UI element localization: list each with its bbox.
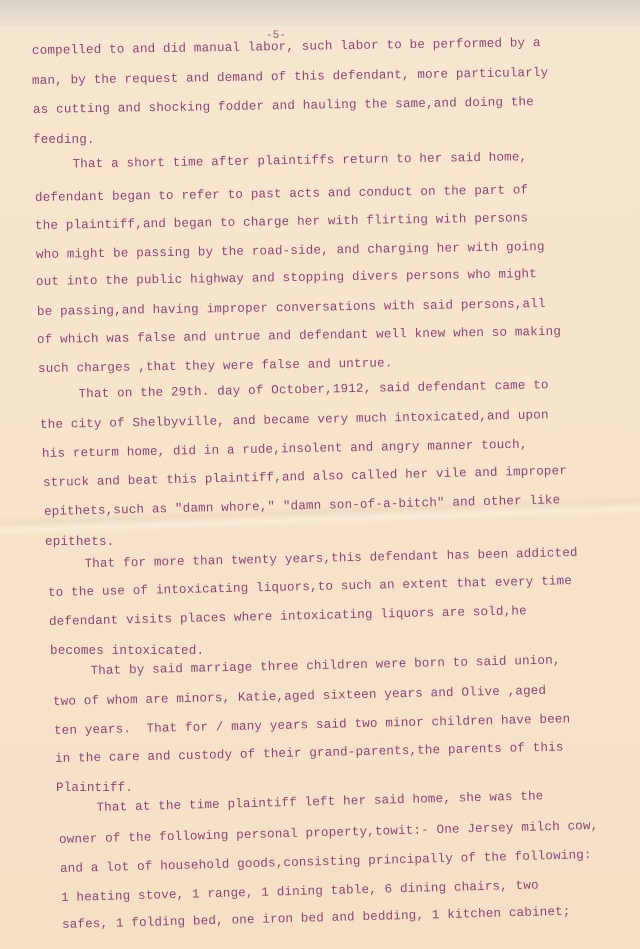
text-line: becomes intoxicated. [50,644,204,658]
text-line: feeding. [33,133,95,147]
text-line: Plaintiff. [56,781,133,795]
page-top-edge [0,0,640,27]
text-line: epithets. [45,535,114,549]
